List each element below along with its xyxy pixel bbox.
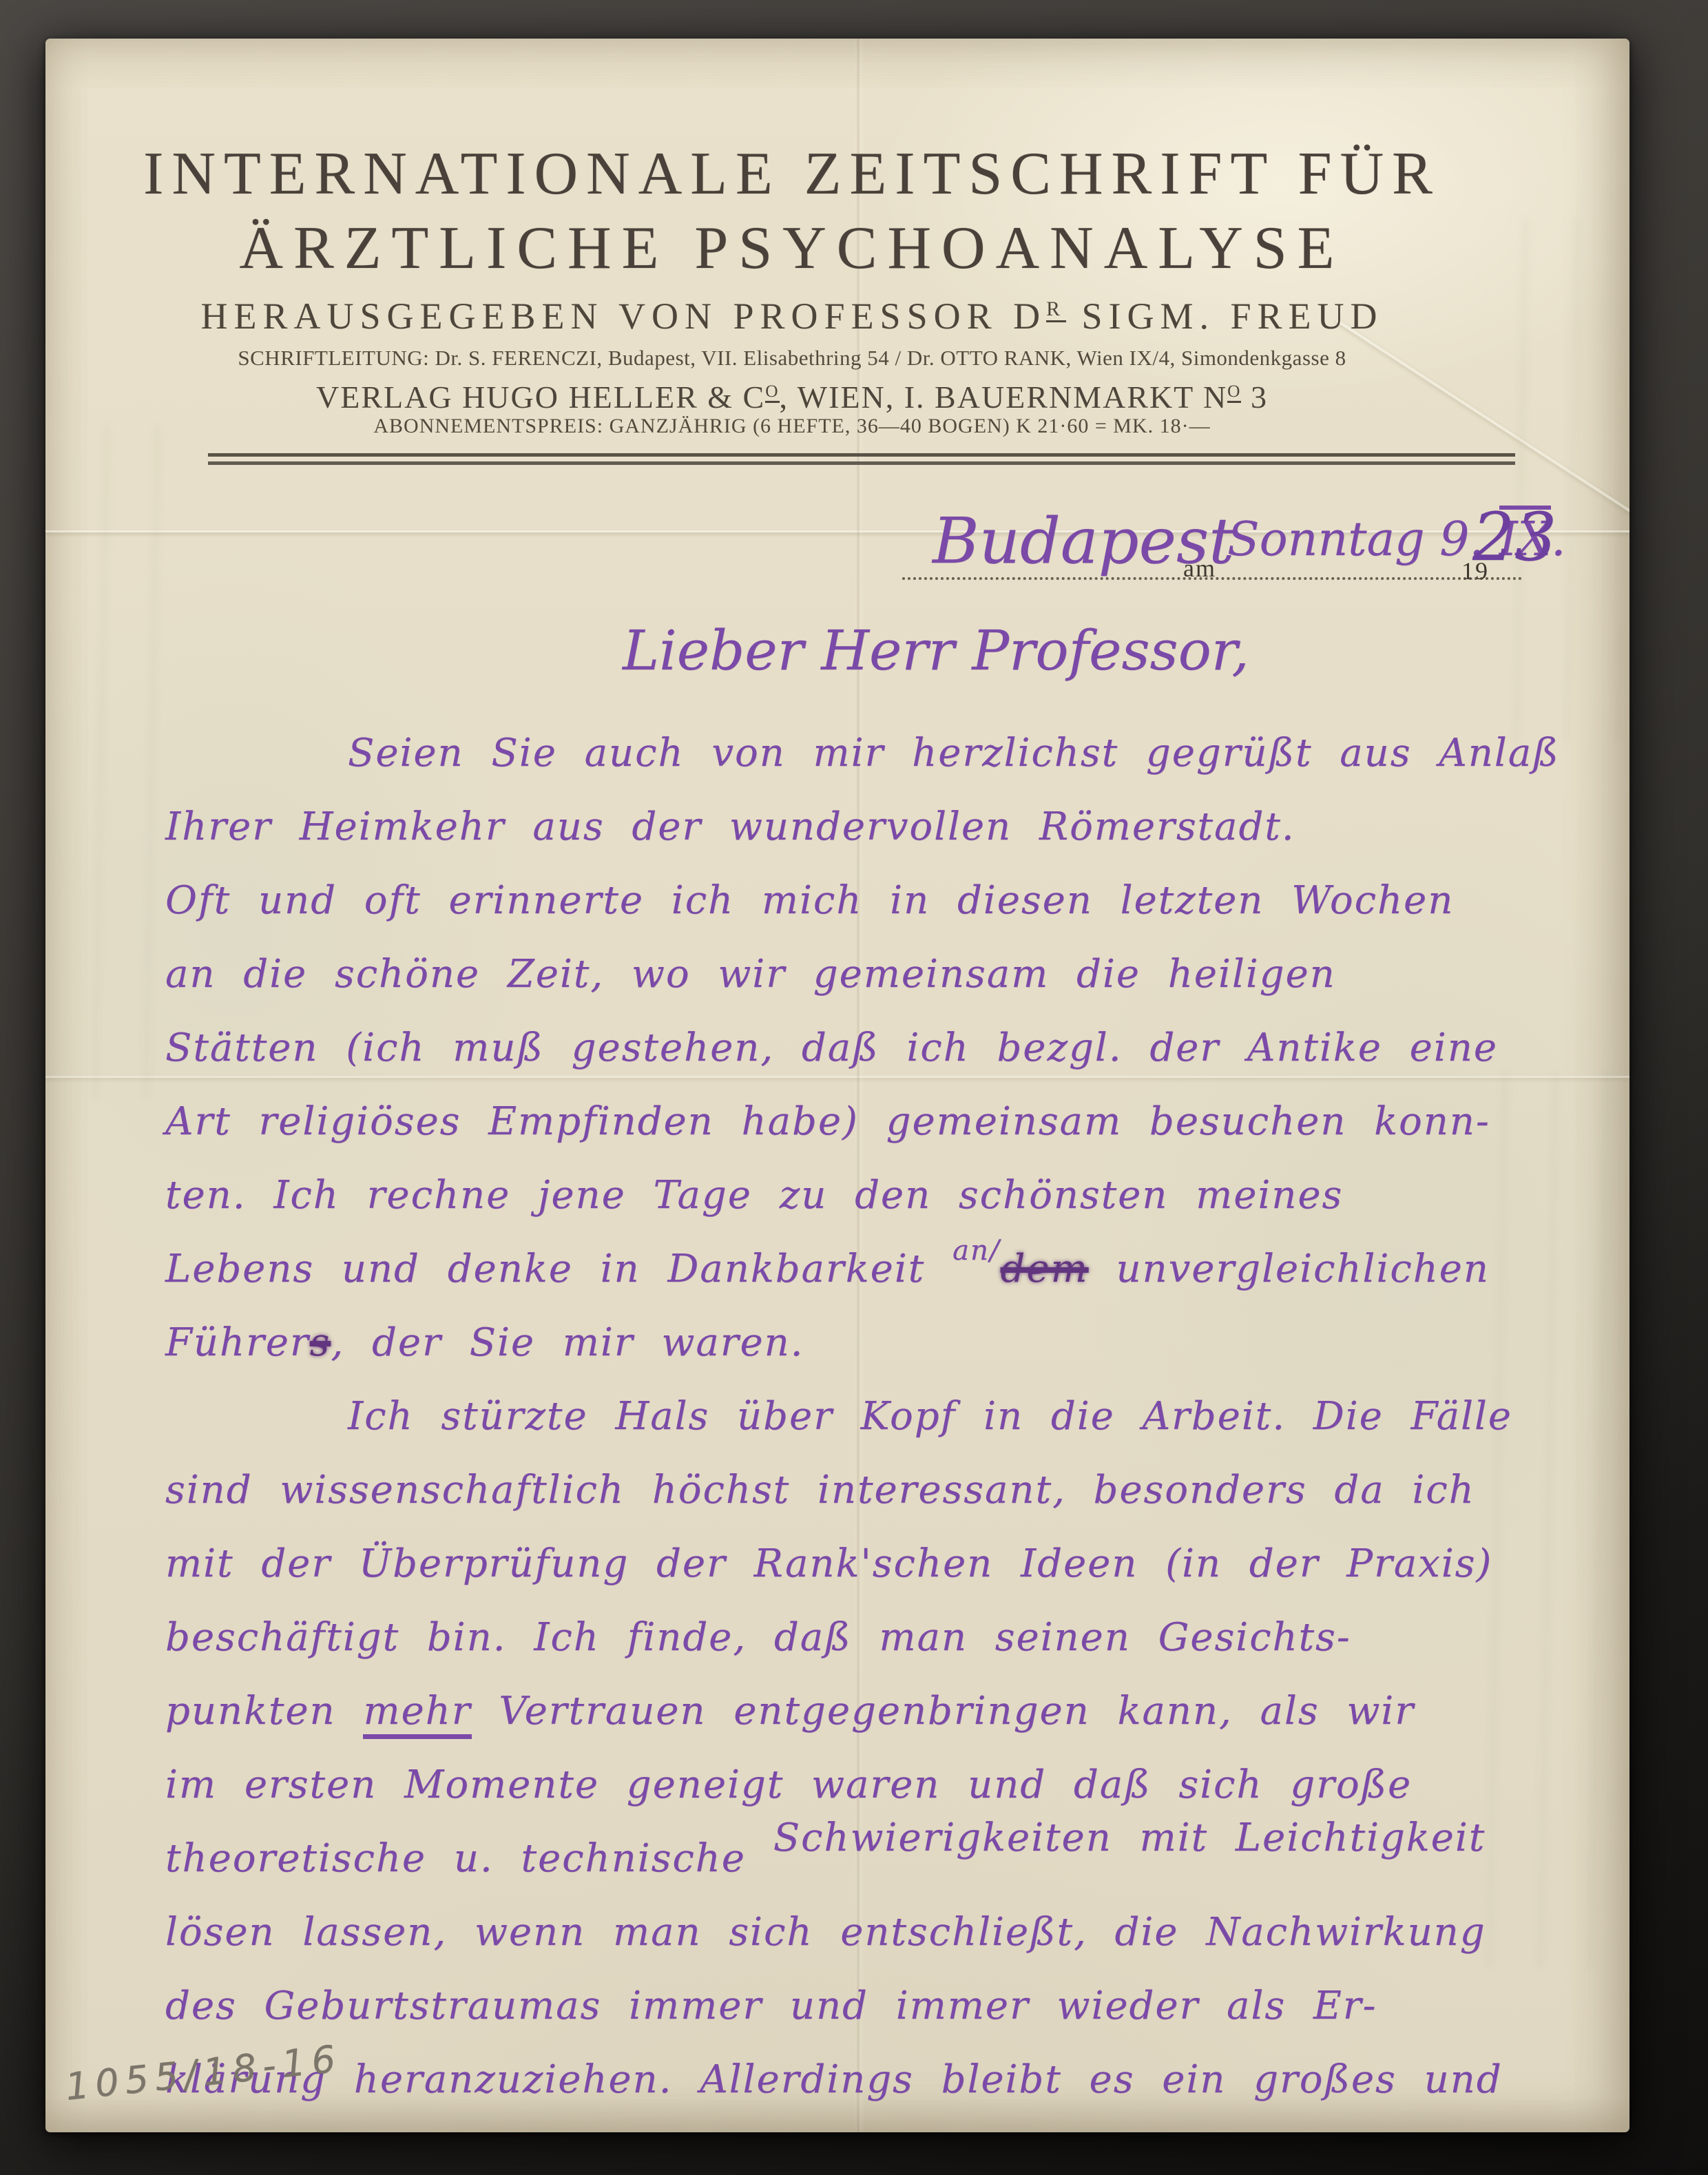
handwritten-line: Art religiöses Empfinden habe) gemeinsam… [165,1085,1559,1158]
line-text: Vertrauen entgegenbringen kann, als wir [472,1689,1415,1734]
handwritten-line: Oft und oft erinnerte ich mich in diesen… [165,864,1559,937]
underlined-word: mehr [363,1689,471,1739]
handwritten-line: Seien Sie auch von mir herzlichst gegrüß… [165,716,1559,790]
handwritten-line: theoretische u. technische Schwierigkeit… [165,1822,1559,1895]
line-text: theoretische u. technische [165,1836,773,1881]
raised-phrase: Schwierigkeiten mit Leichtigkeit [773,1815,1486,1860]
ink-bleedthrough-smudge [59,424,163,1099]
handwritten-line: Führers, der Sie mir waren. [165,1306,1559,1380]
handwritten-line: Ihrer Heimkehr aus der wundervollen Röme… [165,790,1559,864]
struck-word: s [310,1320,331,1365]
line-text: Führer [165,1320,310,1365]
handwritten-line: lösen lassen, wenn man sich entschließt,… [165,1895,1559,1969]
handwritten-line: im ersten Momente geneigt waren und daß … [165,1748,1559,1822]
letterhead-divider-rule [208,453,1515,465]
handwritten-line: beschäftigt bin. Ich finde, daß man sein… [165,1601,1559,1674]
date-am-printed: am [1183,554,1216,583]
handwritten-line: mit der Überprüfung der Rank'schen Ideen… [165,1527,1559,1601]
imprint-text: 3 [1241,379,1268,415]
superscript-r: R [1046,298,1066,322]
subscription-line: ABONNEMENTSPREIS: GANZJÄHRIG (6 HEFTE, 3… [45,415,1539,438]
imprint-text: , WIEN, I. BAUERNMARKT N [780,379,1228,415]
struck-word: dem [1001,1247,1089,1291]
imprint-text: VERLAG HUGO HELLER & C [316,379,765,415]
handwritten-line: an die schöne Zeit, wo wir gemeinsam die… [165,937,1559,1011]
date-day-text: Sonntag 9. [1227,512,1499,567]
superscript-o: O [1227,382,1241,403]
line-text: unvergleichlichen [1089,1247,1490,1291]
superscript-o: O [765,382,779,403]
handwritten-line: Stätten (ich muß gestehen, daß ich bezgl… [165,1011,1559,1085]
publisher-line: HERAUSGEGEBEN VON PROFESSOR DR SIGM. FRE… [45,295,1539,337]
line-text: Lebens und denke in Dankbarkeit [165,1247,952,1291]
publisher-text: SIGM. FREUD [1066,295,1384,337]
line-text: punkten [165,1689,363,1734]
date-year-handwritten: 23 [1472,499,1556,576]
inserted-word: an/ [952,1234,1001,1267]
handwritten-line: klärung heranzuziehen. Allerdings bleibt… [165,2043,1559,2116]
handwritten-line: Ich stürzte Hals über Kopf in die Arbeit… [165,1380,1559,1453]
handwritten-line: Lebens und denke in Dankbarkeit an/dem u… [165,1232,1559,1306]
handwritten-line: des Geburtstraumas immer und immer wiede… [165,1969,1559,2043]
handwritten-line: ten. Ich rechne jene Tage zu den schönst… [165,1158,1559,1232]
editorial-line: SCHRIFTLEITUNG: Dr. S. FERENCZI, Budapes… [45,346,1539,371]
handwritten-line: sind wissenschaftlich höchst interessant… [165,1453,1559,1527]
line-text: , der Sie mir waren. [331,1320,804,1365]
letter-body: Seien Sie auch von mir herzlichst gegrüß… [165,716,1559,2116]
journal-title-line2: ÄRZTLICHE PSYCHOANALYSE [45,214,1539,283]
salutation: Lieber Herr Professor, [623,618,1249,683]
handwritten-line: punkten mehr Vertrauen entgegenbringen k… [165,1674,1559,1748]
letter-page: INTERNATIONALE ZEITSCHRIFT FÜR ÄRZTLICHE… [45,39,1629,2132]
imprint-line: VERLAG HUGO HELLER & CO, WIEN, I. BAUERN… [45,379,1539,415]
journal-title-line1: INTERNATIONALE ZEITSCHRIFT FÜR [45,139,1539,209]
publisher-text: HERAUSGEGEBEN VON PROFESSOR D [200,295,1046,337]
